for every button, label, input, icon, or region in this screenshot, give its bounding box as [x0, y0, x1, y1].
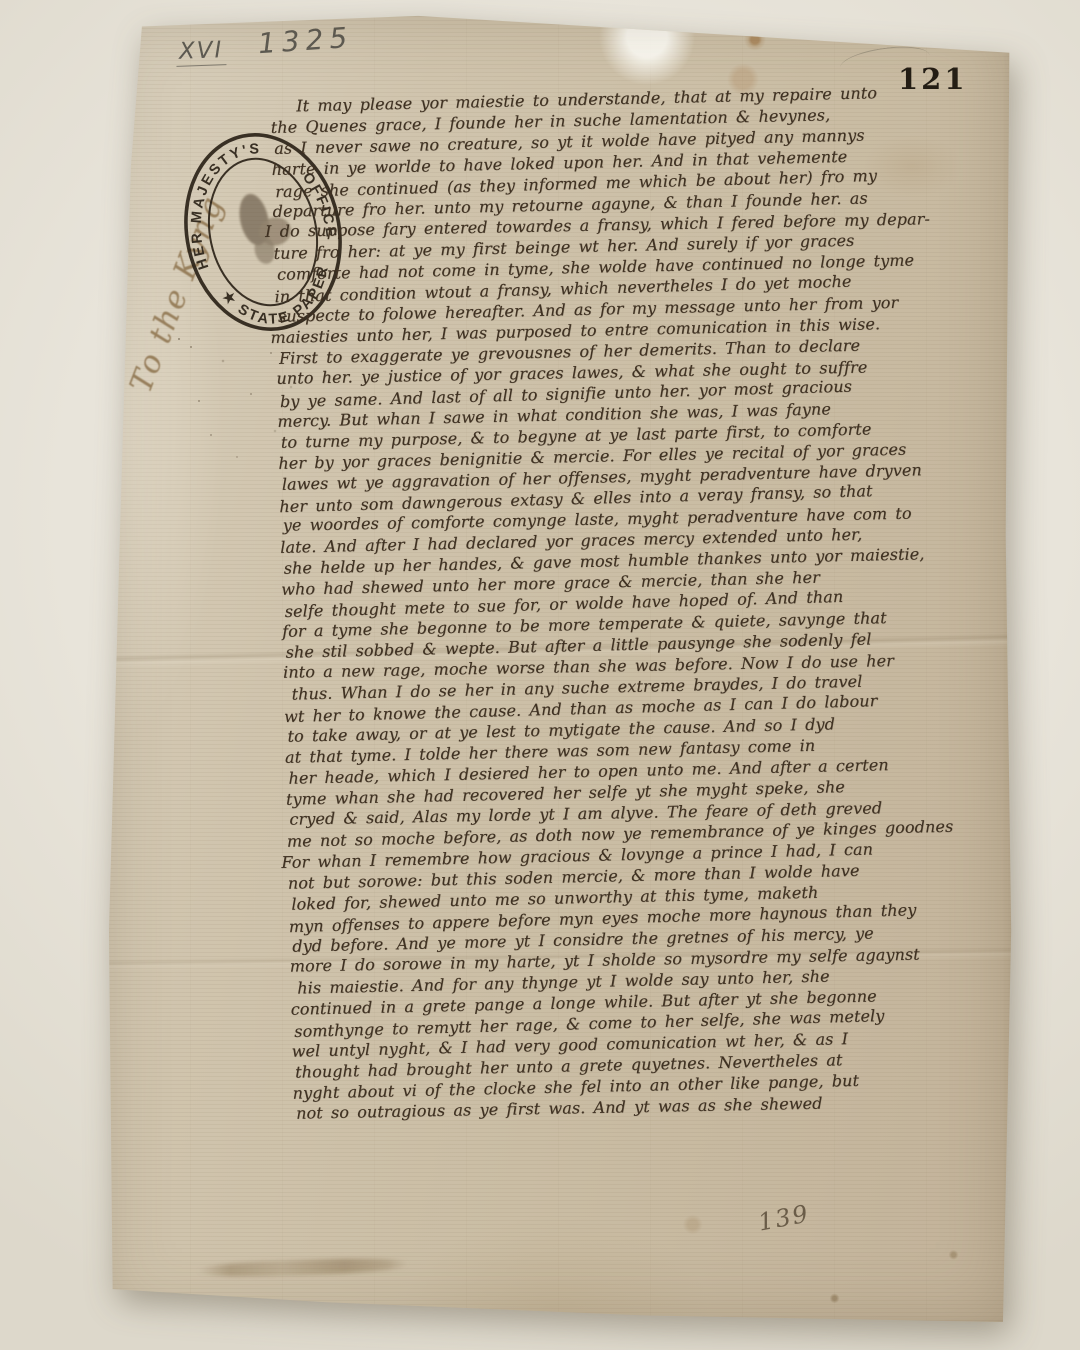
paper-sheet: XVI 1325 121 To the Kyng HER MAJESTY'S O…: [98, 8, 1013, 1326]
manuscript-page: XVI 1325 121 To the Kyng HER MAJESTY'S O…: [98, 8, 1013, 1326]
paper-edge-shading: [98, 8, 1013, 1326]
photo-backdrop: XVI 1325 121 To the Kyng HER MAJESTY'S O…: [0, 0, 1080, 1350]
